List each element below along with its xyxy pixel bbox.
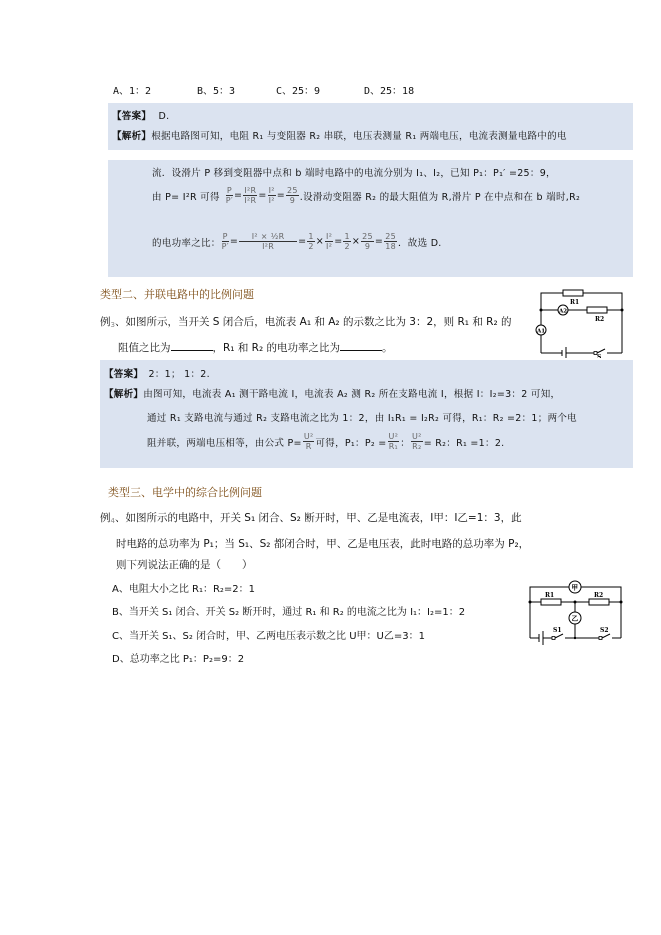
option-b: B、当开关 S₁ 闭合、开关 S₂ 断开时，通过 R₁ 和 R₂ 的电流之比为 … [112, 603, 465, 618]
fraction: PP′ [222, 232, 229, 251]
fraction: I²RI²R [243, 186, 257, 205]
fraction: I²I² [268, 186, 276, 205]
example-4-line2: 时电路的总功率为 P₁；当 S₁、S₂ 都闭合时，甲、乙是电压表，此时电路的总功… [116, 536, 529, 551]
svg-text:R2: R2 [594, 592, 603, 599]
fraction: 12 [307, 232, 314, 251]
option-c: C、25：9 [276, 82, 320, 97]
svg-text:A2: A2 [558, 309, 567, 315]
fraction: 12 [343, 232, 350, 251]
section-heading-2: 类型二、并联电路中的比例问题 [100, 286, 254, 302]
fraction: 259 [361, 232, 374, 251]
q2-analysis-line2: 流．设滑片 P 移到变阻器中点和 b 端时电路中的电流分别为 I₁、I₂，已知 … [152, 165, 556, 179]
option-d: D、25：18 [364, 82, 414, 97]
example-4-line1: 例4、如图所示的电路中，开关 S₁ 闭合、S₂ 断开时，甲、乙是电流表，I甲：I… [100, 510, 522, 525]
svg-text:R1: R1 [545, 592, 554, 599]
svg-text:S: S [597, 354, 601, 358]
example-4-line3: 则下列说法正确的是（ ） [116, 557, 253, 572]
fraction: PP′ [226, 186, 233, 205]
example-3-analysis-line2: 通过 R₁ 支路电流与通过 R₂ 支路电流之比为 1：2，由 I₁R₁ = I₂… [147, 410, 577, 424]
svg-text:S1: S1 [553, 627, 562, 634]
example-label: 例 [100, 316, 111, 328]
option-d: D、总功率之比 P₁：P₂=9：2 [112, 650, 244, 665]
label-r1: R1 [570, 299, 579, 306]
svg-text:S2: S2 [600, 627, 609, 634]
example-3-analysis-line1: 【解析】由图可知，电流表 A₁ 测干路电流 I，电流表 A₂ 测 R₂ 所在支路… [104, 386, 560, 400]
fraction: U²R₂ [411, 432, 423, 451]
svg-text:R2: R2 [595, 316, 604, 323]
q2-analysis-line4: 的电功率之比： PP′= I² × ½RI²R= 12× I²I²= 12× 2… [152, 232, 442, 251]
circuit-diagram-parallel: R1 A2 R2 A1 S [527, 288, 632, 358]
example-3-analysis-line3: 阻并联，两端电压相等，由公式 P= U²R 可得，P₁：P₂ = U²R₁ ： … [147, 432, 505, 451]
option-c: C、当开关 S₁、S₂ 闭合时，甲、乙两电压表示数之比 U甲：U乙=3：1 [112, 627, 425, 642]
svg-text:乙: 乙 [572, 615, 579, 623]
analysis-text: 根据电路图可知，电阻 R₁ 与变阻器 R₂ 串联，电压表测量 R₁ 两端电压，电… [151, 131, 567, 142]
example-3-answer: 【答案】 2：1； 1：2. [104, 366, 210, 380]
section-heading-3: 类型三、电学中的综合比例问题 [108, 484, 262, 500]
circuit-diagram-combined: 甲 R1 R2 乙 S1 S2 [525, 578, 630, 646]
fraction: U²R₁ [388, 432, 400, 451]
example-3-line2: 阻值之比为，R₁ 和 R₂ 的电功率之比为。 [118, 340, 393, 355]
svg-text:A1: A1 [536, 329, 545, 335]
svg-text:甲: 甲 [572, 584, 579, 592]
fraction: 2518 [384, 232, 397, 251]
fraction: U²R [303, 432, 315, 451]
example-label: 例 [100, 512, 111, 524]
fraction: I²I² [325, 232, 333, 251]
q2-analysis-line3: 由 P= I²R 可得 PP′= I²RI²R= I²I²= 259 .设滑动变… [152, 186, 580, 205]
fraction: I² × ½RI²R [239, 232, 297, 251]
option-a: A、1：2 [113, 82, 151, 97]
analysis-tag: 【解析】 [112, 131, 151, 142]
answer-tag: 【答案】 [112, 111, 151, 122]
option-b: B、5：3 [197, 82, 235, 97]
option-a: A、电阻大小之比 R₁：R₂=2：1 [112, 580, 255, 595]
answer-value: D. [159, 111, 170, 122]
q2-analysis-line1: 【解析】根据电路图可知，电阻 R₁ 与变阻器 R₂ 串联，电压表测量 R₁ 两端… [112, 128, 567, 142]
answer-box-q2-top [108, 103, 633, 150]
example-3-line1: 例3、如图所示，当开关 S 闭合后，电流表 A₁ 和 A₂ 的示数之比为 3：2… [100, 314, 512, 329]
answer-blank-1[interactable] [171, 340, 213, 351]
q2-answer-line: 【答案】 D. [112, 108, 169, 122]
answer-blank-2[interactable] [340, 340, 382, 351]
fraction: 259 [286, 186, 299, 205]
